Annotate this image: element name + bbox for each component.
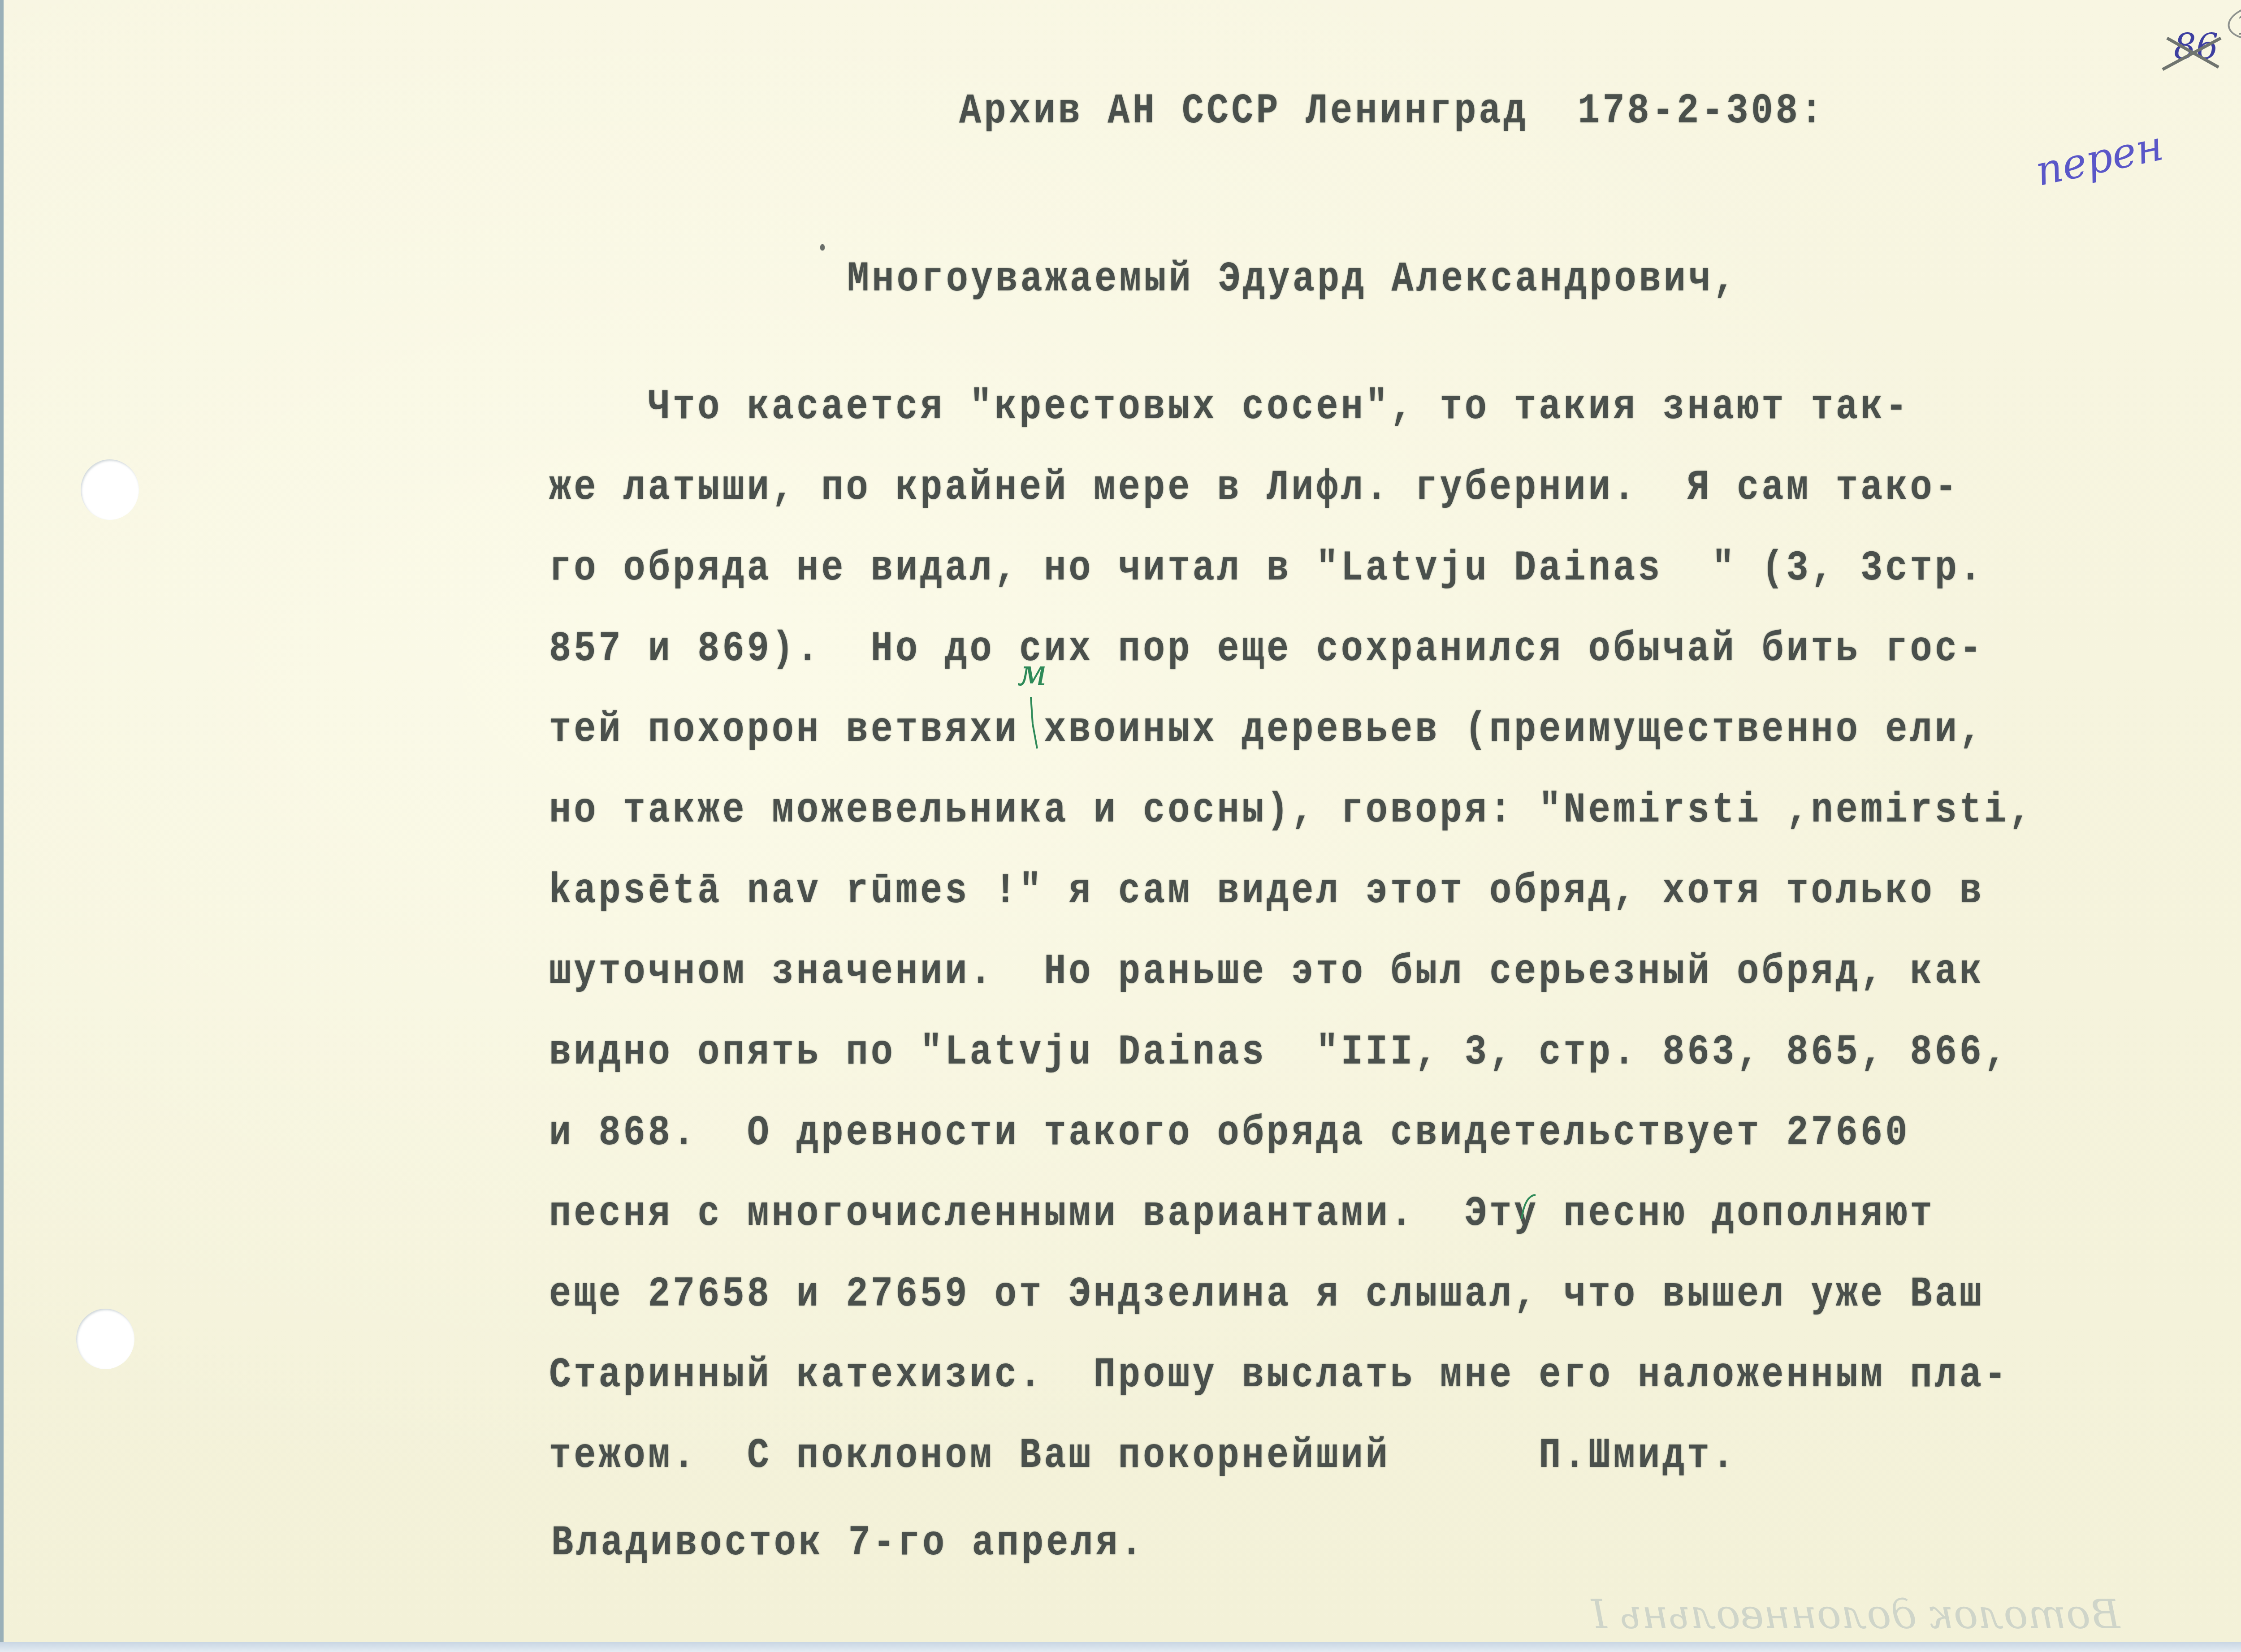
- green-correction-m: м: [1017, 652, 1047, 694]
- body-line: и 868. О древности такого обряда свидете…: [549, 1109, 1910, 1157]
- green-correction-stroke: [1026, 697, 1040, 751]
- body-line: тежом. С поклоном Ваш покорнейший П.Шмид…: [549, 1432, 1737, 1480]
- punch-hole-bottom: [76, 1309, 134, 1369]
- folio-strikethrough: [2160, 36, 2223, 72]
- bleed-through-text: Вотолок долоннвольнь I: [1591, 1591, 2120, 1638]
- body-line: kapsētā nav rūmes !" я сам видел этот об…: [549, 867, 1984, 915]
- body-line: шуточном значении. Но раньше это был сер…: [549, 948, 1984, 996]
- body-line: но также можевельника и сосны), говоря: …: [549, 787, 2033, 835]
- scan-bottom-edge: [0, 1642, 2241, 1652]
- place-date: Владивосток 7-го апреля.: [551, 1519, 1145, 1567]
- body-line: песня с многочисленными вариантами. Эту …: [549, 1190, 1935, 1238]
- archive-header: Архив АН СССР Ленинград 178-2-308:: [959, 87, 1825, 135]
- body-line: го обряда не видал, но читал в "Latvju D…: [549, 545, 1984, 592]
- scan-left-edge: [0, 0, 4, 1652]
- body-line: тей похорон ветвяхи хвоиных деревьев (пр…: [549, 706, 1984, 754]
- body-line: 857 и 869). Но до сих пор еще сохранился…: [549, 625, 1984, 673]
- body-line: Что касается "крестовых сосен", то такия…: [549, 383, 1910, 431]
- punch-hole-top: [81, 459, 139, 520]
- salutation: Многоуважаемый Эдуард Александрович,: [847, 255, 1738, 303]
- body-line: же латыши, по крайней мере в Лифл. губер…: [549, 464, 1960, 512]
- body-line: Старинный катехизис. Прошу выслать мне е…: [549, 1351, 2009, 1399]
- body-line: видно опять по "Latvju Dainas "III, 3, с…: [549, 1029, 2009, 1077]
- body-line: еще 27658 и 27659 от Эндзелина я слышал,…: [549, 1271, 1984, 1319]
- stray-mark: [820, 244, 825, 251]
- green-correction-slash: [1519, 1192, 1537, 1224]
